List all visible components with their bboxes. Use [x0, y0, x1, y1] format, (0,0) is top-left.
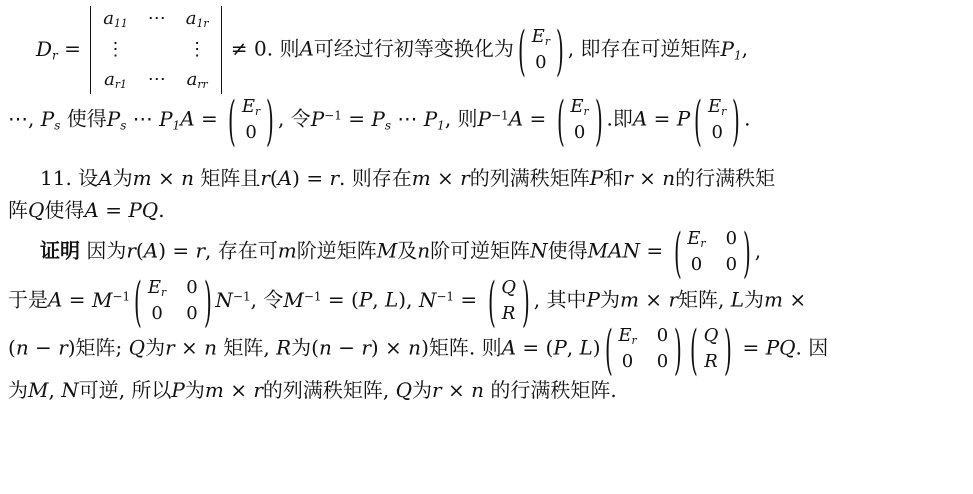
- math-var: A: [502, 336, 516, 360]
- text-run: 使得: [548, 239, 588, 263]
- subscript: r: [700, 237, 705, 250]
- text-run: ,: [567, 336, 580, 360]
- text-run: ,: [372, 288, 385, 312]
- right-paren: ): [724, 323, 732, 377]
- math-var: N−1: [419, 288, 454, 312]
- text-run: 矩阵,: [678, 288, 731, 312]
- matrix-cell: ar1: [104, 70, 127, 91]
- text-run: , 令: [278, 107, 311, 131]
- right-paren: ): [732, 93, 740, 147]
- math-var: M−1: [283, 288, 321, 312]
- subscript: 1r: [197, 17, 209, 30]
- text-run: 为(: [291, 336, 319, 360]
- math-var: m: [412, 166, 431, 190]
- matrix-cell: 0: [691, 255, 702, 276]
- matrix-entries: Er0: [565, 96, 593, 144]
- line-proof-1: 证明 因为r(A) = r, 存在可m阶逆矩阵M及n阶可逆矩阵N使得MAN = …: [8, 228, 965, 276]
- text-run: ×: [431, 166, 460, 190]
- text-run: , 即存在可逆矩阵: [568, 37, 721, 61]
- text-run: (: [8, 336, 16, 360]
- matrix-cell: 0: [574, 123, 585, 144]
- text-run: 因为: [80, 239, 126, 263]
- superscript: −1: [436, 289, 454, 303]
- math-var: n: [204, 336, 217, 360]
- text-run: 可经过行初等变换化为: [314, 37, 514, 61]
- line-item11-1: 11. 设A为m × n 矩阵且r(A) = r. 则存在m × r的列满秩矩阵…: [8, 162, 965, 194]
- text-run: 和: [603, 166, 623, 190]
- subscript: 11: [114, 17, 128, 30]
- text-run: , 其中: [534, 288, 587, 312]
- text-run: ) ×: [371, 336, 408, 360]
- superscript: −1: [233, 289, 251, 303]
- subscript: r: [721, 105, 726, 118]
- subscript: r: [255, 105, 260, 118]
- subscript: r: [584, 105, 589, 118]
- text-run: 矩阵,: [217, 336, 276, 360]
- math-var: A: [509, 107, 523, 131]
- matrix-entries: Er000: [613, 325, 673, 373]
- text-run: 使得: [44, 198, 84, 222]
- matrix-cell: Q: [704, 326, 719, 347]
- text-run: ) =: [292, 166, 329, 190]
- text-run: =: [342, 107, 371, 131]
- math-var: L: [731, 288, 744, 312]
- text-run: 矩阵且: [194, 166, 260, 190]
- matrix-cell: ⋮: [107, 40, 125, 61]
- line-formula-1: Dr = a11⋯a1r⋮ ⋮ar1⋯arr ≠ 0. 则A可经过行初等变换化为…: [8, 6, 965, 94]
- matrix-entries: Er000: [682, 228, 742, 276]
- math-var: N: [530, 239, 548, 263]
- math-var: n: [181, 166, 194, 190]
- text-run: 11. 设: [40, 166, 98, 190]
- text-run: 的行满秩矩阵.: [484, 378, 617, 402]
- math-var: n: [319, 336, 332, 360]
- text-run: 的列满秩矩阵,: [263, 378, 396, 402]
- proof-label: 证明: [40, 239, 80, 263]
- text-run: ): [593, 336, 601, 360]
- left-paren: (: [134, 274, 142, 328]
- text-run: = (: [322, 288, 359, 312]
- text-run: ⋯: [126, 107, 159, 131]
- text-run: ×: [639, 288, 668, 312]
- math-var: r: [253, 378, 263, 402]
- matrix-cell: 0: [711, 123, 722, 144]
- right-paren: ): [595, 93, 603, 147]
- text-run: ) =: [158, 239, 195, 263]
- matrix-cell: ⋮: [188, 40, 206, 61]
- math-var: Ps: [41, 107, 61, 131]
- document-page: Dr = a11⋯a1r⋮ ⋮ar1⋯arr ≠ 0. 则A可经过行初等变换化为…: [0, 0, 973, 494]
- matrix-entries: Er0: [237, 96, 265, 144]
- subscript: rr: [197, 78, 207, 91]
- math-var: r: [432, 378, 442, 402]
- text-run: ×: [175, 336, 204, 360]
- math-var: Q: [28, 198, 44, 222]
- text-run: =: [523, 107, 552, 131]
- matrix-cell: 0: [151, 304, 162, 325]
- line-formula-2: ⋯, Ps 使得Ps ⋯ P1A = (Er0), 令P−1 = Ps ⋯ P1…: [8, 96, 965, 144]
- math-var: r: [460, 166, 470, 190]
- math-var: P−1: [478, 107, 509, 131]
- superscript: −1: [324, 108, 342, 122]
- math-var: n: [408, 336, 421, 360]
- math-var: P1: [424, 107, 445, 131]
- math-var: P: [590, 166, 603, 190]
- math-var: R: [276, 336, 291, 360]
- math-var: Q: [396, 378, 412, 402]
- text-run: =: [647, 107, 676, 131]
- matrix-cell: a1r: [186, 9, 209, 30]
- left-paren: (: [557, 93, 565, 147]
- text-run: , 则: [445, 107, 478, 131]
- left-paren: (: [690, 323, 698, 377]
- matrix: (QR): [689, 325, 733, 373]
- text-run: ×: [224, 378, 253, 402]
- text-run: 及: [397, 239, 417, 263]
- math-var: A: [98, 166, 112, 190]
- text-run: 可逆, 所以: [79, 378, 172, 402]
- text-run: 使得: [60, 107, 106, 131]
- text-run: = (: [516, 336, 553, 360]
- matrix-entries: Er0: [703, 96, 731, 144]
- math-var: PQ: [766, 336, 796, 360]
- matrix-cell: a11: [103, 9, 127, 30]
- math-var: P1: [159, 107, 180, 131]
- matrix-cell: arr: [187, 70, 208, 91]
- subscript: r: [545, 35, 550, 48]
- superscript: −1: [491, 108, 509, 122]
- text-run: ×: [442, 378, 471, 402]
- text-run: =: [736, 336, 765, 360]
- matrix-entries: QR: [496, 277, 521, 325]
- text-run: 阵: [8, 198, 28, 222]
- text-run: ×: [633, 166, 662, 190]
- matrix-cell: 0: [245, 123, 256, 144]
- right-paren: ): [674, 323, 682, 377]
- text-run: 为: [145, 336, 165, 360]
- text-run: =: [58, 37, 87, 61]
- text-run: 阶逆矩阵: [297, 239, 377, 263]
- superscript: −1: [112, 289, 130, 303]
- matrix-entries: Er0: [527, 26, 555, 74]
- matrix-cell: 0: [726, 255, 737, 276]
- line-proof-3: (n − r)矩阵; Q为r × n 矩阵, R为(n − r) × n)矩阵.…: [8, 325, 965, 373]
- math-var: r: [668, 288, 678, 312]
- matrix-entries: QR: [699, 325, 724, 373]
- math-var: n: [417, 239, 430, 263]
- matrix-cell: 0: [186, 278, 197, 299]
- matrix-entries: Er000: [143, 277, 203, 325]
- matrix-cell: 0: [186, 304, 197, 325]
- math-var: r: [260, 166, 270, 190]
- text-run: ,: [742, 37, 748, 61]
- math-var: P: [359, 288, 372, 312]
- math-var: N−1: [215, 288, 250, 312]
- math-var: P: [587, 288, 600, 312]
- math-var: r: [58, 336, 68, 360]
- text-run: ≠ 0. 则: [225, 37, 300, 61]
- math-var: n: [16, 336, 29, 360]
- text-run: =: [195, 107, 224, 131]
- math-var: L: [385, 288, 398, 312]
- text-run: , 令: [251, 288, 284, 312]
- matrix-cell: Er: [687, 229, 705, 250]
- left-paren: (: [605, 323, 613, 377]
- matrix-cell: Er: [708, 97, 726, 118]
- right-paren: ): [204, 274, 212, 328]
- text-run: . 因: [796, 336, 829, 360]
- math-var: m: [278, 239, 297, 263]
- math-var: P: [171, 378, 184, 402]
- text-run: =: [454, 288, 483, 312]
- text-run: −: [332, 336, 361, 360]
- text-run: 于是: [8, 288, 48, 312]
- text-run: )矩阵;: [68, 336, 129, 360]
- left-paren: (: [694, 93, 702, 147]
- text-run: −: [29, 336, 58, 360]
- matrix-cell: Er: [532, 27, 550, 48]
- line-item11-2: 阵Q使得A = PQ.: [8, 194, 965, 226]
- text-run: )矩阵. 则: [421, 336, 502, 360]
- math-var: n: [662, 166, 675, 190]
- text-run: .即: [606, 107, 632, 131]
- matrix: (Er0): [517, 26, 565, 74]
- matrix-cell: 0: [726, 229, 737, 250]
- matrix: (Er0): [556, 96, 604, 144]
- matrix: (QR): [487, 277, 531, 325]
- math-var: r: [126, 239, 136, 263]
- determinant-bar-right: [221, 6, 222, 94]
- math-var: P: [677, 107, 690, 131]
- math-var: P1: [720, 37, 741, 61]
- math-var: M: [28, 378, 48, 402]
- left-paren: (: [673, 226, 681, 280]
- text-run: ×: [152, 166, 181, 190]
- text-run: 为: [600, 288, 620, 312]
- matrix-cell: Q: [501, 278, 516, 299]
- matrix-cell: 0: [657, 326, 668, 347]
- right-paren: ): [743, 226, 751, 280]
- math-var: MAN: [588, 239, 640, 263]
- text-run: ,: [755, 239, 761, 263]
- subscript: r: [161, 286, 166, 299]
- text-run: . 则存在: [339, 166, 412, 190]
- text-run: 为: [113, 166, 133, 190]
- math-var: n: [471, 378, 484, 402]
- text-run: ⋯,: [8, 107, 41, 131]
- matrix: (Er000): [133, 277, 212, 325]
- matrix-cell: ⋯: [148, 70, 166, 91]
- right-paren: ): [522, 274, 530, 328]
- math-var: Ps: [107, 107, 127, 131]
- math-var: r: [195, 239, 205, 263]
- subscript: r: [632, 334, 637, 347]
- text-run: .: [744, 107, 750, 131]
- matrix-cell: Er: [148, 278, 166, 299]
- matrix: (Er000): [604, 325, 683, 373]
- matrix-cell: ⋯: [148, 9, 166, 30]
- text-run: 的行满秩矩: [675, 166, 775, 190]
- matrix-cell: R: [502, 304, 516, 325]
- matrix-cell: 0: [657, 352, 668, 373]
- text-run: .: [158, 198, 164, 222]
- math-var: Q: [129, 336, 145, 360]
- text-run: =: [99, 198, 128, 222]
- subscript: r1: [115, 78, 127, 91]
- text-run: 为: [8, 378, 28, 402]
- right-paren: ): [266, 93, 274, 147]
- math-var: A: [48, 288, 62, 312]
- matrix-cell: 0: [535, 53, 546, 74]
- math-var: A: [84, 198, 98, 222]
- left-paren: (: [518, 23, 526, 77]
- math-var: M−1: [92, 288, 130, 312]
- math-var: PQ: [128, 198, 158, 222]
- math-var: A: [278, 166, 292, 190]
- math-var: r: [623, 166, 633, 190]
- matrix-cell: Er: [570, 97, 588, 118]
- text-run: 阶可逆矩阵: [430, 239, 530, 263]
- math-var: r: [361, 336, 371, 360]
- matrix: (Er0): [227, 96, 275, 144]
- math-var: A: [633, 107, 647, 131]
- left-paren: (: [228, 93, 236, 147]
- text-run: =: [62, 288, 91, 312]
- line-proof-2: 于是A = M−1(Er000)N−1, 令M−1 = (P, L), N−1 …: [8, 277, 965, 325]
- math-var: M: [377, 239, 397, 263]
- math-var: m: [205, 378, 224, 402]
- math-var: Dr: [36, 37, 58, 61]
- math-var: A: [299, 37, 313, 61]
- matrix-cell: Er: [242, 97, 260, 118]
- matrix: (Er000): [673, 228, 752, 276]
- math-var: P−1: [311, 107, 342, 131]
- math-var: P: [553, 336, 566, 360]
- matrix-cell: Er: [618, 326, 636, 347]
- text-run: ),: [398, 288, 419, 312]
- matrix: (Er0): [693, 96, 741, 144]
- right-paren: ): [556, 23, 564, 77]
- matrix-cell: R: [704, 352, 718, 373]
- subscript: 1: [734, 48, 742, 62]
- text-run: 的列满秩矩阵: [470, 166, 590, 190]
- text-run: 为: [185, 378, 205, 402]
- math-var: L: [580, 336, 593, 360]
- matrix-cell: 0: [622, 352, 633, 373]
- text-run: ⋯: [391, 107, 424, 131]
- text-run: 为: [412, 378, 432, 402]
- math-var: Ps: [371, 107, 391, 131]
- math-var: m: [620, 288, 639, 312]
- subscript: 1: [437, 118, 445, 132]
- math-var: A: [180, 107, 194, 131]
- math-var: r: [165, 336, 175, 360]
- math-var: N: [61, 378, 79, 402]
- text-run: ,: [48, 378, 61, 402]
- text-run: 为: [744, 288, 764, 312]
- text-run: ×: [783, 288, 806, 312]
- text-run: , 存在可: [205, 239, 278, 263]
- determinant: a11⋯a1r⋮ ⋮ar1⋯arr: [90, 6, 221, 94]
- line-proof-4: 为M, N可逆, 所以P为m × r的列满秩矩阵, Q为r × n 的行满秩矩阵…: [8, 374, 965, 406]
- math-var: m: [764, 288, 783, 312]
- left-paren: (: [487, 274, 495, 328]
- matrix-entries: a11⋯a1r⋮ ⋮ar1⋯arr: [91, 6, 220, 94]
- text-run: (: [136, 239, 144, 263]
- math-var: m: [133, 166, 152, 190]
- superscript: −1: [304, 289, 322, 303]
- math-var: A: [144, 239, 158, 263]
- text-run: (: [270, 166, 278, 190]
- text-run: =: [640, 239, 669, 263]
- math-var: r: [329, 166, 339, 190]
